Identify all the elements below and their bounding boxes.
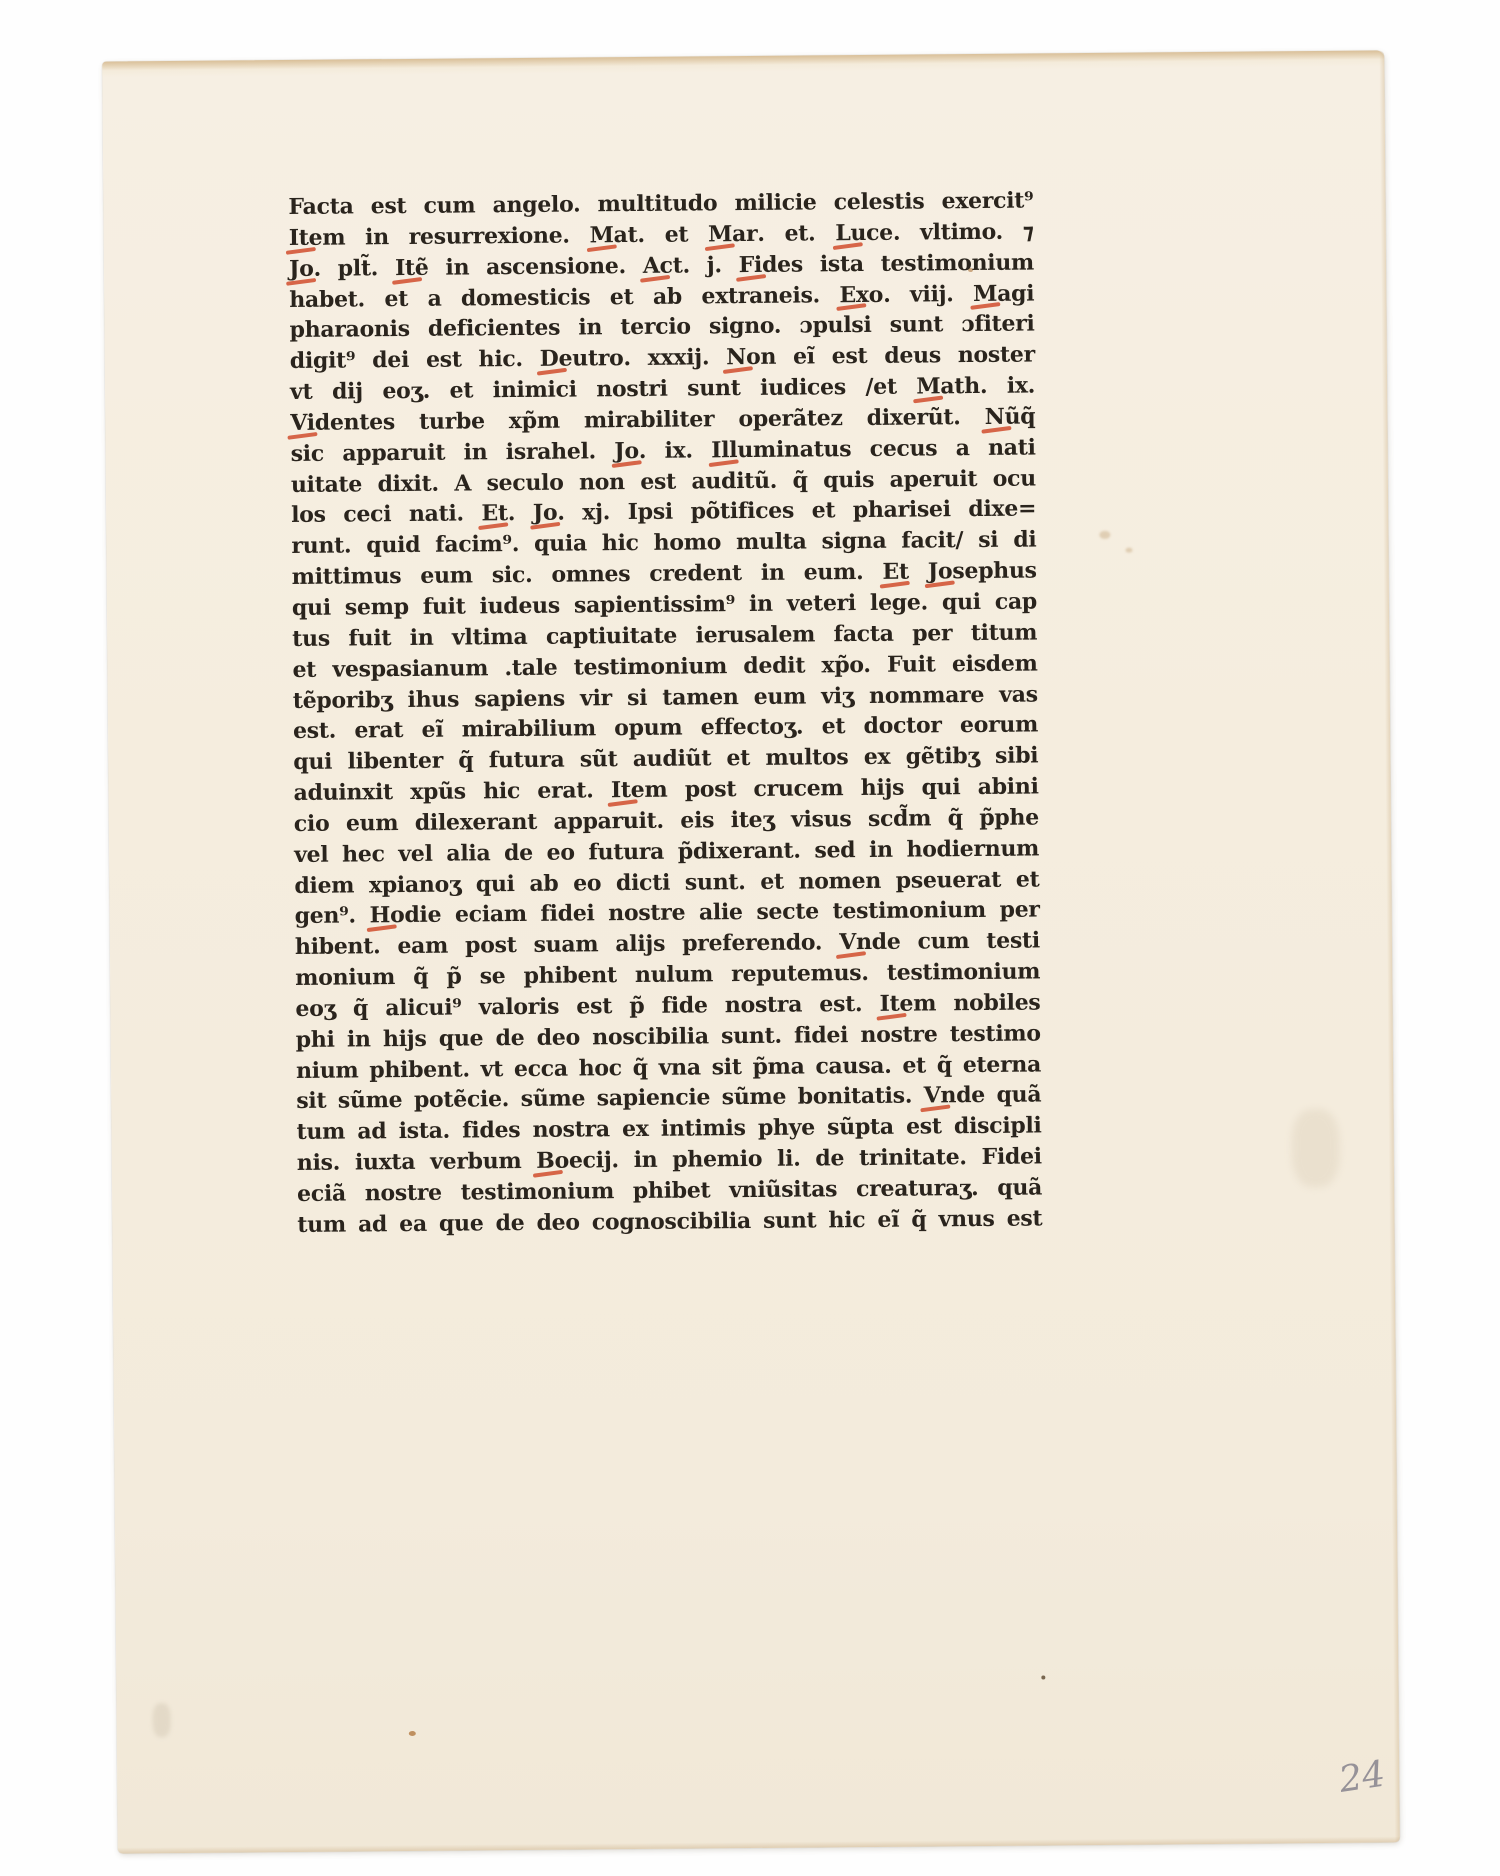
manuscript-leaf: Facta est cum angelo. multitudo milicie … [102, 50, 1400, 1853]
rubricated-word: Non [726, 342, 776, 373]
text-segment: quã [985, 1082, 1042, 1108]
leaf-top-deckle-edge [102, 50, 1384, 70]
foxing-spot [1099, 531, 1110, 539]
text-segment: . vltimo. ⁊ [893, 218, 1034, 245]
text-segment: . plt̃. [313, 255, 395, 282]
text-segment: ista testimonium [803, 249, 1034, 277]
rubricated-word: Exo [839, 279, 883, 310]
text-segment: . in phemio li. de trinitate. Fidei [611, 1144, 1042, 1174]
text-segment [909, 559, 928, 585]
text-segment: . viij. [883, 281, 973, 308]
rubricated-word: Illuminatus [711, 434, 851, 466]
text-segment: sit sũme potẽcie. sũme sapiencie sũme bo… [296, 1083, 924, 1114]
text-block: Facta est cum angelo. multitudo milicie … [288, 186, 1042, 1241]
rubricated-word: Boecij [536, 1145, 611, 1176]
text-line: sit sũme potẽcie. sũme sapiencie sũme bo… [296, 1080, 1041, 1117]
text-segment: nis. iuxta verbum [297, 1148, 537, 1176]
text-segment: monium q̃ p̃ se phibent nulum reputemus.… [295, 959, 1040, 992]
text-segment: nobiles [936, 989, 1041, 1016]
scan-background: Facta est cum angelo. multitudo milicie … [0, 0, 1500, 1876]
text-line: eoʒ q̃ alicui⁹ valoris est p̃ fide nostr… [295, 987, 1040, 1024]
text-line: mittimus eum sic. omnes credent in eum. … [292, 556, 1037, 593]
rubricated-word: Jo [614, 436, 639, 467]
text-segment: eciam fidei nostre alie secte testimoniu… [441, 897, 1040, 928]
paper-smudge [153, 1703, 171, 1737]
rubricated-word: Jo [289, 253, 314, 284]
text-segment: mittimus eum sic. omnes credent in eum. [292, 559, 883, 590]
text-segment: aduinxit xpũs hic erat. [293, 777, 611, 806]
text-segment: . et [637, 221, 708, 248]
rubricated-word: Magi [973, 278, 1034, 309]
text-segment: turbe xp̃m mirabiliter operãtez dixerũt. [395, 404, 985, 435]
text-segment: . ix. [980, 373, 1035, 399]
rubricated-word: Fides [739, 249, 804, 280]
text-segment: digit⁹ dei est hic. [290, 346, 540, 374]
text-segment: runt. quid facim⁹. quia hic homo multa s… [291, 527, 1036, 560]
folio-number: 24 [1336, 1754, 1387, 1801]
foxing-spot [409, 1731, 416, 1736]
rubricated-word: Josephus [928, 556, 1037, 588]
rubricated-word: Itẽ [395, 252, 429, 283]
text-segment: . et. [757, 220, 835, 247]
rubricated-word: Luce [835, 218, 893, 249]
text-segment: hibent. eam post suam alijs preferendo. [295, 929, 840, 960]
text-segment: in ascensione. [428, 253, 642, 281]
text-segment: cecus a nati [851, 434, 1036, 462]
text-segment: vt dij eoʒ. et inimici nostri sunt iudic… [290, 374, 916, 405]
text-segment: est. erat eĩ mirabilium opum effectoʒ. e… [293, 712, 1038, 745]
rubricated-word: Vnde [924, 1080, 986, 1111]
text-segment: los ceci nati. [291, 501, 482, 529]
text-segment: tus fuit in vltima captiuitate ierusalem… [292, 619, 1037, 652]
rubricated-word: Mar [708, 219, 758, 250]
text-line: vt dij eoʒ. et inimici nostri sunt iudic… [290, 371, 1035, 408]
text-segment: tum ad ea que de deo cognoscibilia sunt … [297, 1205, 1042, 1238]
text-segment: tum ad ista. fides nostra ex intimis phy… [296, 1113, 1041, 1146]
rubricated-word: Et [882, 557, 909, 588]
text-segment: diem xpianoʒ qui ab eo dicti sunt. et no… [294, 866, 1039, 899]
text-segment: phi in hijs que de deo noscibilia sunt. … [296, 1020, 1041, 1053]
rubricated-word: Et [481, 499, 508, 530]
leaf-right-deckle-edge [1379, 50, 1400, 1842]
text-segment: . ix. [639, 437, 712, 464]
text-segment: pharaonis deficientes in tercio signo. ɔ… [289, 311, 1034, 344]
rubricated-word: Item [289, 222, 346, 253]
text-segment: uitate dixit. A seculo non est auditũ. q… [291, 465, 1036, 498]
text-segment: Facta est cum angelo. multitudo milicie … [288, 188, 1033, 221]
text-segment: tẽporibʒ ihus sapiens vir si tamen eum v… [293, 681, 1038, 714]
paper-smudge [1291, 1109, 1340, 1187]
text-segment: eoʒ q̃ alicui⁹ valoris est p̃ fide nostr… [295, 991, 879, 1022]
rubricated-word: Mat [589, 220, 637, 251]
rubricated-word: Act [643, 250, 683, 281]
rubricated-word: Item [611, 775, 668, 806]
text-segment: eĩ est deus noster [776, 342, 1035, 370]
text-segment: . [508, 500, 533, 526]
text-segment: gen⁹. [295, 903, 370, 930]
text-segment: habet. et a domesticis et ab extraneis. [289, 282, 839, 313]
text-segment: . xj. Ipsi põtifices et pharisei dixe= [557, 496, 1036, 526]
text-segment: . xxxij. [623, 344, 726, 371]
rubricated-word: Item [879, 988, 936, 1019]
rubricated-word: Math [916, 371, 980, 402]
foxing-spot [1125, 548, 1132, 553]
text-segment: eciã nostre testimonium phibet vniũsitas… [297, 1174, 1042, 1207]
rubricated-word: Videntes [290, 407, 395, 439]
text-segment: qui libenter q̃ futura sũt audiũt et mul… [293, 743, 1038, 776]
rubricated-word: Deutro [540, 343, 624, 375]
text-segment: . j. [682, 252, 738, 278]
text-segment: sic apparuit in israhel. [291, 438, 615, 467]
text-line: tum ad ea que de deo cognoscibilia sunt … [297, 1203, 1042, 1240]
text-segment: qui semp fuit iudeus sapientissim⁹ in ve… [292, 588, 1037, 621]
rubricated-word: Vnde [839, 927, 901, 958]
rubricated-word: Hodie [369, 900, 441, 931]
foxing-spot [1041, 1675, 1045, 1679]
text-segment: post crucem hijs qui abini [667, 774, 1038, 803]
text-segment: in resurrexione. [345, 222, 590, 250]
text-segment: nium phibent. vt ecca hoc q̃ vna sit p̃m… [296, 1051, 1041, 1084]
text-segment: et vespasianum .tale testimonium dedit x… [292, 650, 1037, 683]
rubricated-word: Nũq̃ [985, 401, 1036, 432]
leaf-bottom-deckle-edge [118, 1836, 1400, 1853]
text-segment: vel hec vel alia de eo futura p̃dixerant… [294, 835, 1039, 868]
text-segment: cio eum dilexerant apparuit. eis iteʒ vi… [294, 804, 1039, 837]
text-segment: cum testi [900, 928, 1040, 955]
rubricated-word: Jo [533, 498, 558, 529]
